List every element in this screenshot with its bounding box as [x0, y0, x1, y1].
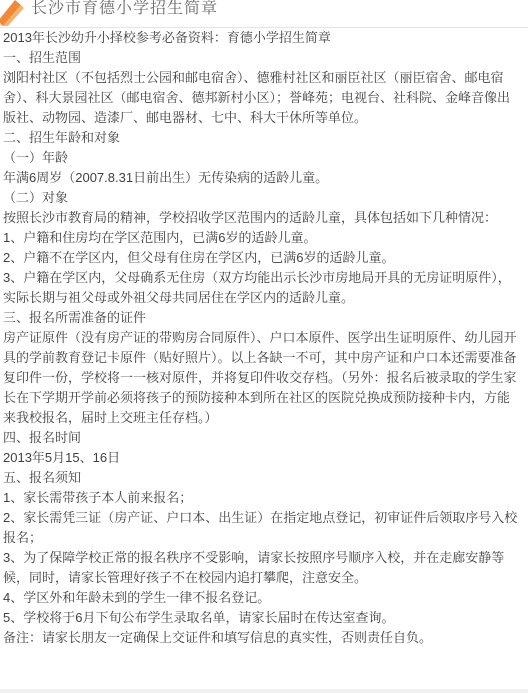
section-5-remark: 备注：请家长朋友一定确保上交证件和填写信息的真实性，否则责任自负。 — [3, 628, 522, 648]
section-2-item-1: 1、户籍和住房均在学区范围内，已满6岁的适龄儿童。 — [3, 228, 522, 248]
page-title: 长沙市育德小学招生简章 — [31, 0, 528, 18]
section-5-item-5: 5、学校将于6月下旬公布学生录取名单，请家长届时在传达室查询。 — [3, 608, 522, 628]
section-5-heading: 五、报名须知 — [3, 468, 522, 488]
section-2-heading: 二、招生年龄和对象 — [3, 128, 522, 148]
section-2-age-rule: 年满6周岁（2007.8.31日前出生）无传染病的适龄儿童。 — [3, 168, 522, 188]
section-1-paragraph: 浏阳村社区（不包括烈士公园和邮电宿舍）、德雅村社区和丽臣社区（丽臣宿舍、邮电宿舍… — [3, 68, 522, 128]
section-4-heading: 四、报名时间 — [3, 428, 522, 448]
section-2-item-2: 2、户籍不在学区内，但父母有住房在学区内，已满6岁的适龄儿童。 — [3, 248, 522, 268]
page-header: 长沙市育德小学招生简章 — [0, 0, 528, 28]
section-3-paragraph: 房产证原件（没有房产证的带购房合同原件）、户口本原件、医学出生证明原件、幼儿园开… — [3, 328, 522, 428]
article-body: 2013年长沙幼升小择校参考必备资料：育德小学招生简章 一、招生范围 浏阳村社区… — [0, 28, 528, 648]
subtitle: 2013年长沙幼升小择校参考必备资料：育德小学招生简章 — [3, 28, 522, 48]
section-5-item-2: 2、家长需凭三证（房产证、户口本、出生证）在指定地点登记，初审证件后领取序号入校… — [3, 508, 522, 548]
section-5-item-4: 4、学区外和年龄未到的学生一律不报名登记。 — [3, 588, 522, 608]
section-1-heading: 一、招生范围 — [3, 48, 522, 68]
section-5-item-3: 3、为了保障学校正常的报名秩序不受影响，请家长按照序号顺序入校，并在走廊安静等候… — [3, 548, 522, 588]
footer-strip — [0, 689, 528, 693]
section-2-item-3: 3、户籍在学区内，父母确系无住房（双方均能出示长沙市房地局开具的无房证明原件），… — [3, 268, 522, 308]
section-5-item-1: 1、家长需带孩子本人前来报名； — [3, 488, 522, 508]
page: 长沙市育德小学招生简章 2013年长沙幼升小择校参考必备资料：育德小学招生简章 … — [0, 0, 528, 693]
section-2-sub-heading-target: （二）对象 — [3, 188, 522, 208]
registration-date: 2013年5月15、16日 — [3, 448, 522, 468]
pencil-icon — [0, 0, 26, 26]
section-3-heading: 三、报名所需准备的证件 — [3, 308, 522, 328]
section-2-sub-heading-age: （一）年龄 — [3, 148, 522, 168]
section-2-target-intro: 按照长沙市教育局的精神，学校招收学区范围内的适龄儿童，具体包括如下几种情况： — [3, 208, 522, 228]
